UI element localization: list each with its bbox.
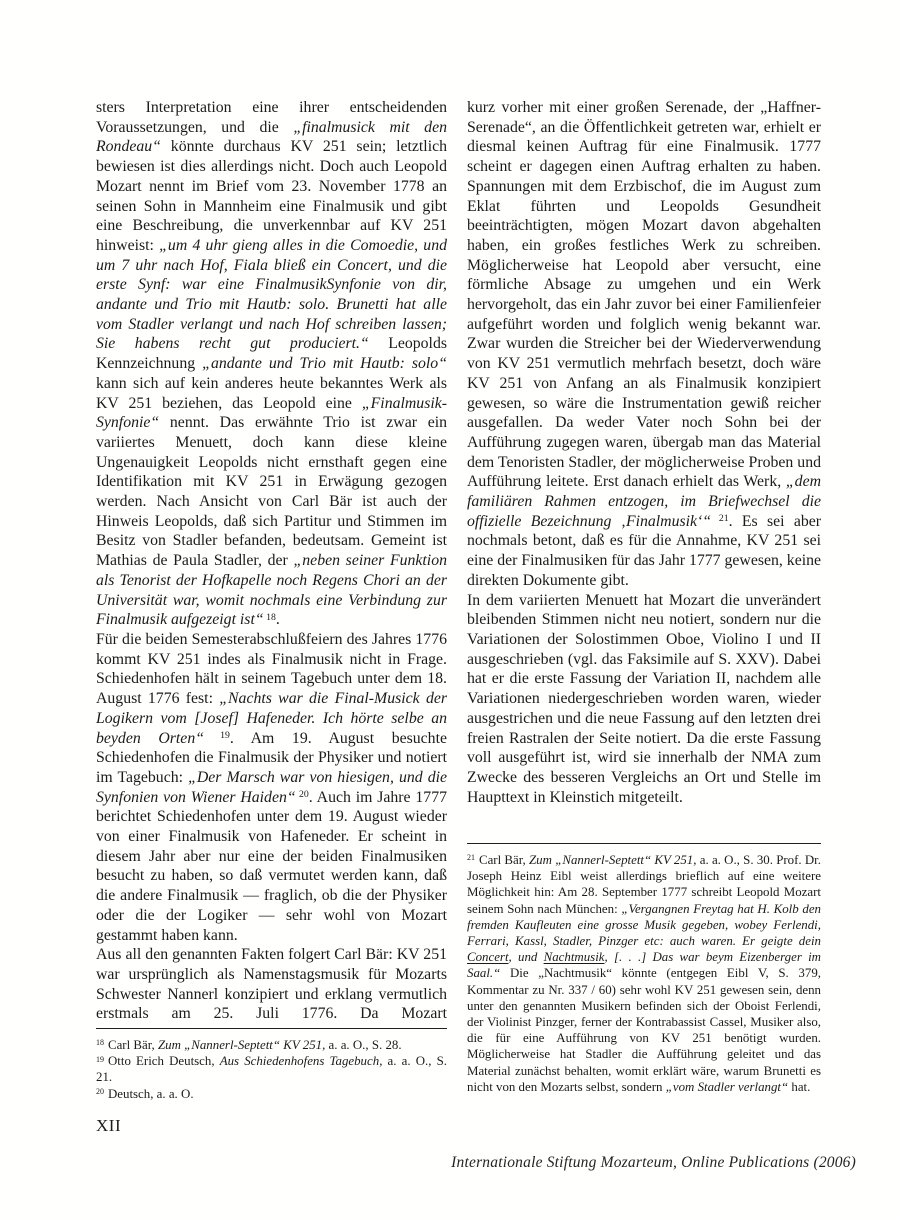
paragraph: Aus all den genannten Fakten folgert Car…: [96, 945, 447, 1024]
footnote-divider: [96, 1028, 447, 1029]
footnote-text: Carl Bär, Zum „Nannerl-Septett“ KV 251, …: [467, 853, 821, 1094]
footnote-number: 20: [96, 1087, 104, 1096]
page-number: XII: [96, 1116, 121, 1136]
publication-credit: Internationale Stiftung Mozarteum, Onlin…: [451, 1154, 856, 1172]
footnote-number: 21: [467, 853, 475, 862]
footnote-number: 19: [96, 1055, 104, 1064]
footnote-text: Carl Bär, Zum „Nannerl-Septett“ KV 251, …: [108, 1038, 402, 1052]
right-column: kurz vorher mit einer großen Serenade, d…: [467, 98, 821, 807]
footnote: 21Carl Bär, Zum „Nannerl-Septett“ KV 251…: [467, 852, 821, 1095]
left-footnotes: 18Carl Bär, Zum „Nannerl-Septett“ KV 251…: [96, 1028, 447, 1102]
right-footnotes: 21Carl Bär, Zum „Nannerl-Septett“ KV 251…: [467, 843, 821, 1095]
footnote-number: 18: [96, 1038, 104, 1047]
footnote-text: Deutsch, a. a. O.: [108, 1087, 194, 1101]
footnote-divider: [467, 843, 821, 844]
footnote-text: Otto Erich Deutsch, Aus Schiedenhofens T…: [96, 1054, 447, 1084]
paragraph: In dem variierten Menuett hat Mozart die…: [467, 591, 821, 808]
footnote: 19Otto Erich Deutsch, Aus Schiedenhofens…: [96, 1053, 447, 1085]
paragraph: sters Interpretation eine ihrer entschei…: [96, 98, 447, 630]
footnote: 18Carl Bär, Zum „Nannerl-Septett“ KV 251…: [96, 1037, 447, 1053]
footnote: 20Deutsch, a. a. O.: [96, 1086, 447, 1102]
paragraph: kurz vorher mit einer großen Serenade, d…: [467, 98, 821, 591]
left-column: sters Interpretation eine ihrer entschei…: [96, 98, 447, 1024]
document-page: sters Interpretation eine ihrer entschei…: [0, 0, 900, 1220]
paragraph: Für die beiden Semesterabschlußfeiern de…: [96, 630, 447, 945]
